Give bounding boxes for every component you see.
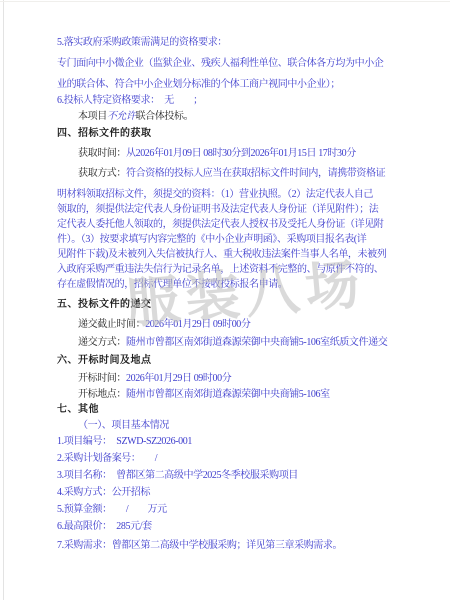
doc-line: 6.投标人特定资格要求： 无 ； — [57, 94, 402, 108]
doc-line: 入政府采购严重违法失信行为记录名单，上述资料不完整的、与原件不符的、 — [57, 263, 402, 277]
doc-line: 1.项目编号： SZWD-SZ2026-001 — [57, 435, 402, 449]
doc-line: 见附件下载)及未被列入失信被执行人、重大税收违法案件当事人名单，未被列 — [57, 248, 402, 262]
doc-line: 5.预算金额： / 万元 — [57, 503, 402, 517]
doc-line: 四、招标文件的获取 — [57, 127, 402, 141]
text-segment: 定代表人委托他人领取的，须提供法定代表人授权书及受托人身份证（详见附 — [57, 219, 383, 230]
doc-line: 七、其他 — [57, 403, 402, 417]
doc-line: 定代表人委托他人领取的，须提供法定代表人授权书及受托人身份证（详见附 — [57, 218, 402, 232]
doc-line: 开标地点：随州市曾都区南郊街道森源荣御中央商铺5-106室 — [57, 388, 402, 402]
text-segment: 联合体投标。 — [136, 111, 194, 122]
text-segment: （一）、项目基本情况 — [78, 420, 169, 431]
text-segment: 递交截止时间： — [78, 319, 145, 330]
doc-line: 件）。（3）按要求填写内容完整的《中小企业声明函》、采购项目报名表(详 — [57, 233, 402, 247]
doc-line: 明材料领取招标文件，须提交的资料：（1）营业执照。（2）法定代表人自己 — [57, 188, 402, 202]
doc-line: 本项目不允许联合体投标。 — [57, 110, 402, 124]
text-segment: 2026年01月29日 09时00分 — [126, 373, 231, 384]
doc-line: 3.项目名称： 曾都区第二高级中学2025冬季校服采购项目 — [57, 469, 402, 483]
text-segment: 六、开标时间及地点 — [57, 355, 152, 366]
text-segment: 存在虚假情况的，招标代理单位不接收投标报名申请。 — [57, 279, 287, 290]
text-segment: 从2026年01月09日 08时30分到2026年01月15日 17时30分 — [126, 148, 356, 159]
text-segment: 7.采购需求：曾都区第二高级中学校服采购；详见第三章采购需求。 — [57, 540, 342, 551]
text-segment: 五、投标文件的递交 — [57, 299, 152, 310]
text-segment: 七、其他 — [57, 404, 99, 415]
doc-line: 获取时间：从2026年01月09日 08时30分到2026年01月15日 17时… — [57, 147, 402, 161]
doc-line: 领取的，须提供法定代表人身份证明书及法定代表人身份证（详见附件）；法 — [57, 203, 402, 217]
doc-line: 递交方式：随州市曾都区南郊街道森源荣御中央商铺5-106室纸质文件递交 — [57, 336, 402, 350]
doc-line: 2.采购计划备案号： / — [57, 452, 402, 466]
doc-line: 五、投标文件的递交 — [57, 298, 402, 312]
text-segment: 获取时间： — [78, 148, 126, 159]
doc-line: （一）、项目基本情况 — [57, 419, 402, 433]
page-left-edge — [3, 0, 4, 600]
doc-line: 4.采购方式：公开招标 — [57, 486, 402, 500]
text-segment: 6.最高限价： 285元/套 — [57, 521, 152, 532]
text-segment: 符合资格的投标人应当在获取招标文件时间内，请携带资格证 — [126, 168, 385, 179]
text-segment: 四、招标文件的获取 — [57, 128, 152, 139]
text-segment: 3.项目名称： 曾都区第二高级中学2025冬季校服采购项目 — [57, 470, 298, 481]
doc-line: 专门面向中小微企业（监狱企业、残疾人福利性单位、联合体各方均为中小企 — [57, 57, 402, 71]
doc-line: 业的联合体、符合中小企业划分标准的个体工商户视同中小企业）； — [57, 78, 402, 92]
text-segment: 随州市曾都区南郊街道森源荣御中央商铺5-106室纸质文件递交 — [126, 337, 387, 348]
text-segment: 递交方式： — [78, 337, 126, 348]
text-segment: 开标时间： — [78, 373, 126, 384]
text-segment: 开标地点： — [78, 389, 126, 400]
doc-line: 存在虚假情况的，招标代理单位不接收投标报名申请。 — [57, 278, 402, 292]
text-segment: 件）。（3）按要求填写内容完整的《中小企业声明函》、采购项目报名表(详 — [57, 234, 366, 245]
doc-line: 六、开标时间及地点 — [57, 354, 402, 368]
text-segment: 随州市曾都区南郊街道森源荣御中央商铺5-106室 — [126, 389, 330, 400]
doc-line: 开标时间：2026年01月29日 09时00分 — [57, 372, 402, 386]
text-segment: 2.采购计划备案号： / — [57, 453, 157, 464]
doc-line: 6.最高限价： 285元/套 — [57, 520, 402, 534]
text-segment: 2026年01月29日 09时00分 — [145, 319, 250, 330]
text-segment: 4.采购方式：公开招标 — [57, 487, 150, 498]
text-segment: 5.预算金额： / 万元 — [57, 504, 167, 515]
text-segment: 5.落实政府采购政策需满足的资格要求： — [57, 37, 227, 48]
text-segment: 本项目 — [78, 111, 107, 122]
doc-line: 获取方式：符合资格的投标人应当在获取招标文件时间内，请携带资格证 — [57, 167, 402, 181]
text-segment: 见附件下载)及未被列入失信被执行人、重大税收违法案件当事人名单，未被列 — [57, 249, 386, 260]
text-segment: 不允许 — [107, 111, 136, 122]
text-segment: 领取的，须提供法定代表人身份证明书及法定代表人身份证（详见附件）；法 — [57, 204, 378, 215]
doc-line: 7.采购需求：曾都区第二高级中学校服采购；详见第三章采购需求。 — [57, 539, 402, 553]
text-segment: 6.投标人特定资格要求： 无 ； — [57, 95, 203, 106]
text-segment: 获取方式： — [78, 168, 126, 179]
text-segment: 1.项目编号： SZWD-SZ2026-001 — [57, 436, 192, 447]
doc-line: 5.落实政府采购政策需满足的资格要求： — [57, 36, 402, 50]
doc-line: 递交截止时间：2026年01月29日 09时00分 — [57, 318, 402, 332]
document-page: 服装八场 5.落实政府采购政策需满足的资格要求：专门面向中小微企业（监狱企业、残… — [0, 0, 450, 600]
text-segment: 专门面向中小微企业（监狱企业、残疾人福利性单位、联合体各方均为中小企 — [57, 58, 383, 69]
text-segment: 业的联合体、符合中小企业划分标准的个体工商户视同中小企业）； — [57, 79, 340, 90]
document-body: 5.落实政府采购政策需满足的资格要求：专门面向中小微企业（监狱企业、残疾人福利性… — [57, 0, 402, 553]
text-segment: 入政府采购严重违法失信行为记录名单，上述资料不完整的、与原件不符的、 — [57, 264, 383, 275]
text-segment: 明材料领取招标文件，须提交的资料：（1）营业执照。（2）法定代表人自己 — [57, 189, 373, 200]
